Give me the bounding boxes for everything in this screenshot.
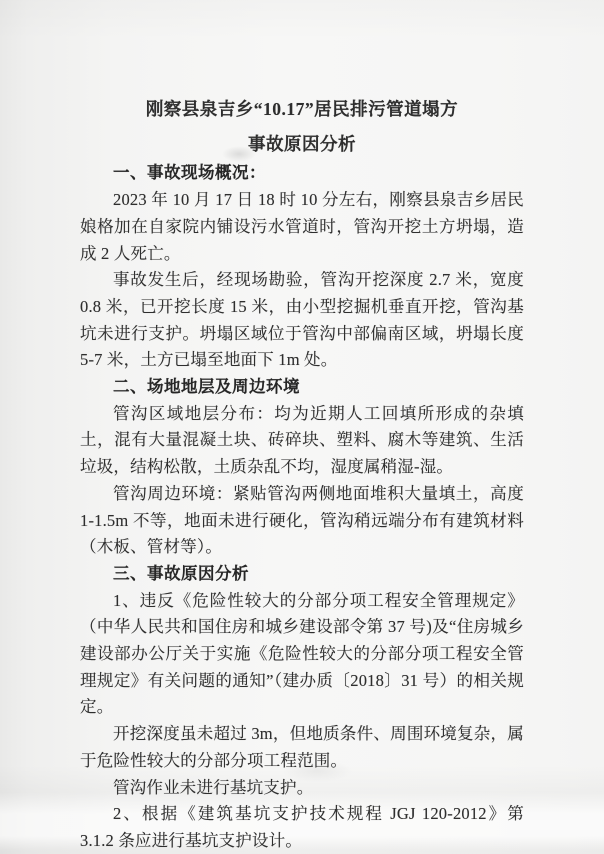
section-heading-3: 三、事故原因分析	[80, 561, 524, 588]
document-body: 刚察县泉吉乡“10.17”居民排污管道塌方 事故原因分析 一、事故现场概况： 2…	[80, 96, 524, 854]
document-title-line1: 刚察县泉吉乡“10.17”居民排污管道塌方	[80, 96, 524, 123]
body-paragraph: 管沟周边环境：紧贴管沟两侧地面堆积大量填土，高度 1-1.5m 不等，地面未进行…	[80, 481, 524, 561]
body-paragraph: 1、违反《危险性较大的分部分项工程安全管理规定》（中华人民共和国住房和城乡建设部…	[80, 588, 524, 722]
body-paragraph: 管沟区域地层分布：均为近期人工回填所形成的杂填土，混有大量混凝土块、砖碎块、塑料…	[80, 401, 524, 481]
body-paragraph: 开挖深度虽未超过 3m，但地质条件、周围环境复杂，属于危险性较大的分部分项工程范…	[80, 721, 524, 774]
document-title-line2: 事故原因分析	[80, 131, 524, 158]
section-heading-1: 一、事故现场概况：	[80, 160, 524, 187]
body-paragraph: 事故发生后，经现场勘验，管沟开挖深度 2.7 米，宽度 0.8 米，已开挖长度 …	[80, 267, 524, 374]
body-paragraph: 2、根据《建筑基坑支护技术规程 JGJ 120-2012》第 3.1.2 条应进…	[80, 801, 524, 854]
body-paragraph: 管沟作业未进行基坑支护。	[80, 775, 524, 802]
body-paragraph: 2023 年 10 月 17 日 18 时 10 分左右，刚察县泉吉乡居民娘格加…	[80, 187, 524, 267]
section-heading-2: 二、场地地层及周边环境	[80, 374, 524, 401]
scanned-document-page: 刚察县泉吉乡“10.17”居民排污管道塌方 事故原因分析 一、事故现场概况： 2…	[0, 0, 604, 854]
